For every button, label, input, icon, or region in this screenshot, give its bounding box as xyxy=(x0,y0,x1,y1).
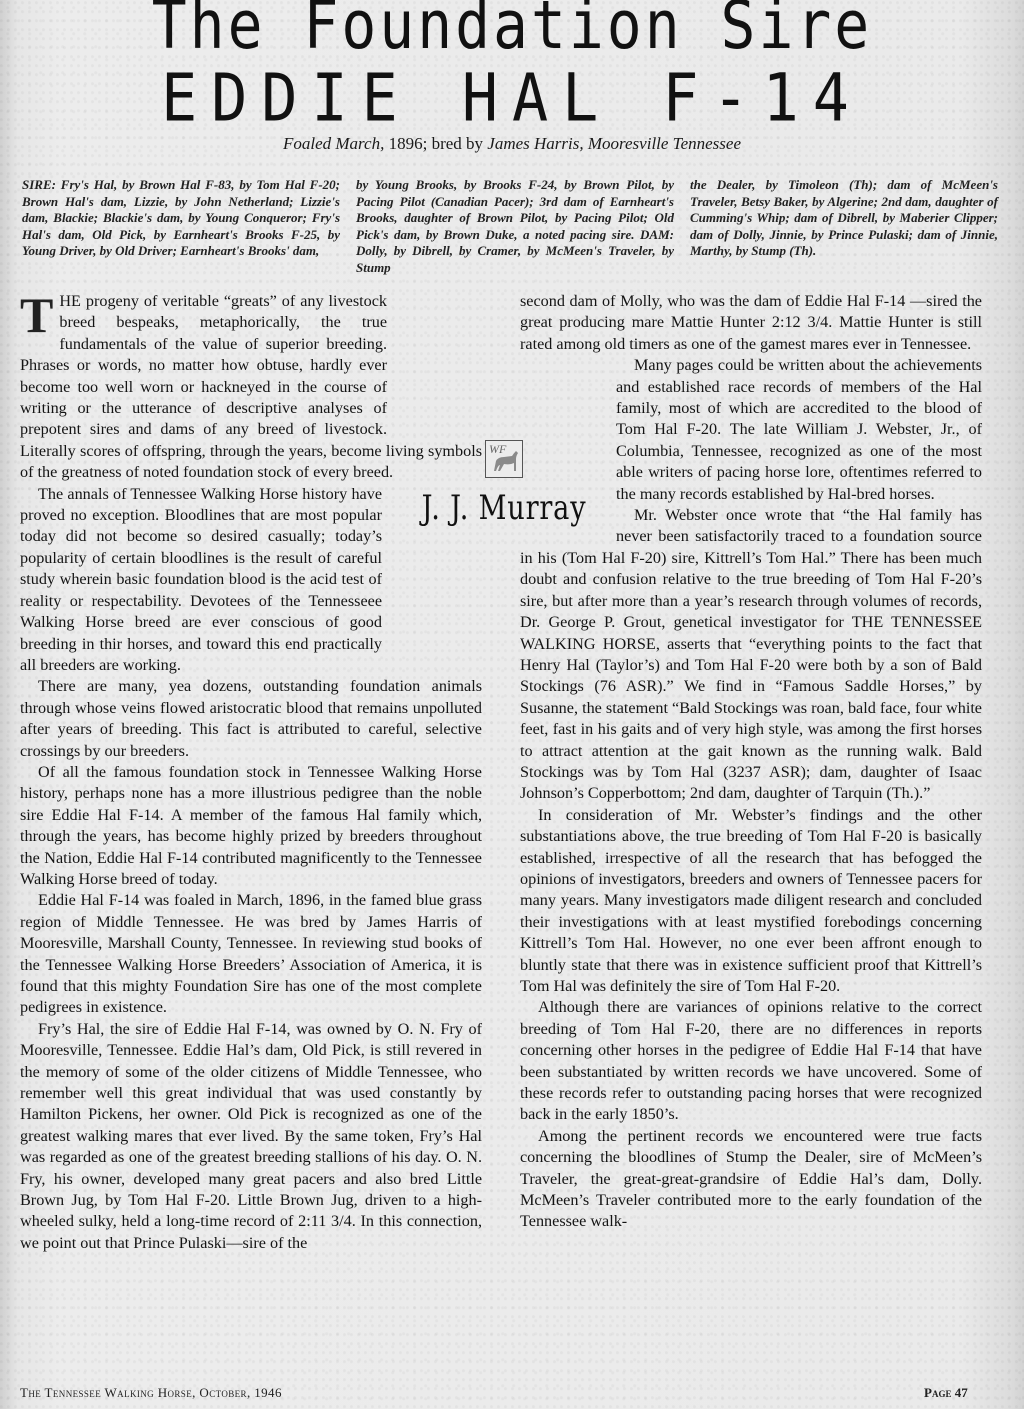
walking-horse-icon: WF xyxy=(485,440,523,478)
paragraph: There are many, yea dozens, outstanding … xyxy=(20,676,482,762)
pedigree-column-1: SIRE: Fry's Hal, by Brown Hal F-83, by T… xyxy=(22,177,340,277)
paragraph: The annals of Tennessee Walking Horse hi… xyxy=(20,484,482,677)
paragraph: Fry’s Hal, the sire of Eddie Hal F-14, w… xyxy=(20,1019,482,1254)
pedigree-block: SIRE: Fry's Hal, by Brown Hal F-83, by T… xyxy=(22,177,982,277)
paragraph: Mr. Webster once wrote that “the Hal fam… xyxy=(520,505,982,805)
paragraph: second dam of Molly, who was the dam of … xyxy=(520,291,982,355)
foaled-label: Foaled March, xyxy=(283,134,384,153)
page-title-line2: EDDIE HAL F-14 xyxy=(0,60,1024,137)
horse-silhouette-icon xyxy=(486,441,522,477)
pedigree-text-1: Fry's Hal, by Brown Hal F-83, by Tom Hal… xyxy=(22,177,340,258)
page-number: Page 47 xyxy=(924,1385,968,1401)
paragraph: Of all the famous foundation stock in Te… xyxy=(20,762,482,890)
paragraph: THE progeny of veritable “greats” of any… xyxy=(20,291,482,484)
foaled-year: 1896; bred by xyxy=(384,134,487,153)
byline-spacer xyxy=(387,421,482,422)
footer-publication: The Tennessee Walking Horse, October, 19… xyxy=(20,1385,282,1401)
drop-cap: T xyxy=(20,295,53,335)
paragraph: Many pages could be written about the ac… xyxy=(520,355,982,505)
page-title-line1: The Foundation Sire xyxy=(0,0,1024,64)
foaled-subtitle: Foaled March, 1896; bred by James Harris… xyxy=(0,134,1024,154)
byline-spacer xyxy=(520,397,616,547)
breeder-name: James Harris, Mooresville Tennessee xyxy=(487,134,741,153)
pedigree-column-3: the Dealer, by Timoleon (Th); dam of McM… xyxy=(690,177,998,277)
article-column-right: second dam of Molly, who was the dam of … xyxy=(520,291,982,1233)
paragraph: Although there are variances of opinions… xyxy=(520,997,982,1125)
sire-label: SIRE: xyxy=(22,177,56,192)
paragraph: Among the pertinent records we encounter… xyxy=(520,1126,982,1233)
pedigree-column-2: by Young Brooks, by Brooks F-24, by Brow… xyxy=(356,177,674,277)
article-column-left: THE progeny of veritable “greats” of any… xyxy=(20,291,482,1254)
paragraph: In consideration of Mr. Webster’s findin… xyxy=(520,805,982,998)
paragraph: Eddie Hal F-14 was foaled in March, 1896… xyxy=(20,890,482,1018)
magazine-page: The Foundation Sire EDDIE HAL F-14 Foale… xyxy=(0,0,1024,1409)
